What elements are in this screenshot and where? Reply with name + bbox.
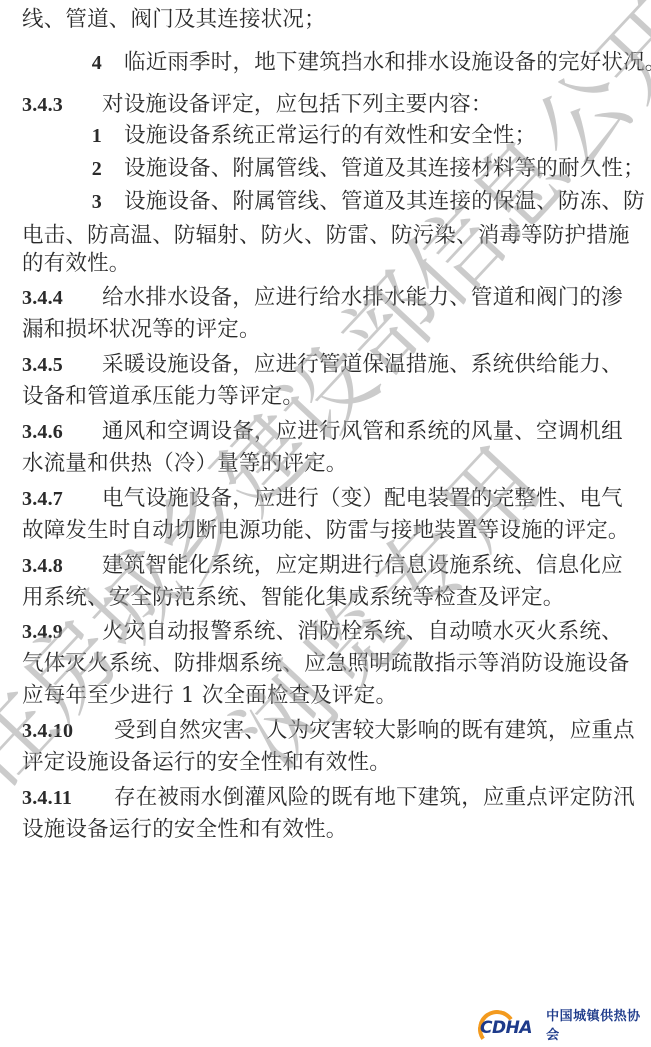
line-text: 评定设施设备运行的安全性和有效性。 — [22, 750, 391, 775]
line-text: 漏和损坏状况等的评定。 — [22, 317, 261, 342]
text-line: 电击、防高温、防辐射、防火、防雷、防污染、消毒等防护措施 — [22, 222, 630, 250]
clause-text: 受到自然灾害、人为灾害较大影响的既有建筑，应重点 — [114, 718, 635, 743]
clause-text: 火灾自动报警系统、消防栓系统、自动喷水灭火系统、 — [102, 619, 623, 644]
footer-logo: CDHA 中国城镇供热协会 — [478, 1005, 651, 1043]
clause-3-4-10: 3.4.10受到自然灾害、人为灾害较大影响的既有建筑，应重点 — [22, 717, 635, 745]
clause-3-4-9: 3.4.9火灾自动报警系统、消防栓系统、自动喷水灭火系统、 — [22, 618, 623, 646]
item-text: 临近雨季时，地下建筑挡水和排水设施设备的完好状况。 — [124, 50, 651, 75]
line-text: 的有效性。 — [22, 251, 131, 276]
clause-text: 电气设施设备，应进行（变）配电装置的完整性、电气 — [102, 486, 623, 511]
list-item: 2设施设备、附属管线、管道及其连接材料等的耐久性； — [22, 155, 645, 183]
text-line: 设施设备运行的安全性和有效性。 — [22, 816, 348, 844]
cdha-logo-icon: CDHA — [478, 1010, 538, 1038]
line-text: 用系统、安全防范系统、智能化集成系统等检查及评定。 — [22, 585, 565, 610]
line-text: 线、管道、阀门及其连接状况； — [22, 7, 326, 32]
text-line: 线、管道、阀门及其连接状况； — [22, 6, 326, 34]
text-line: 应每年至少进行 1 次全面检查及评定。 — [22, 682, 397, 710]
item-text: 设施设备系统正常运行的有效性和安全性； — [124, 123, 536, 148]
list-item: 4临近雨季时，地下建筑挡水和排水设施设备的完好状况。 — [22, 49, 651, 77]
clause-text: 对设施设备评定，应包括下列主要内容： — [102, 92, 493, 117]
clause-number: 3.4.4 — [22, 284, 102, 312]
clause-text: 给水排水设备，应进行给水排水能力、管道和阀门的渗 — [102, 285, 623, 310]
line-text: 故障发生时自动切断电源功能、防雷与接地装置等设施的评定。 — [22, 518, 630, 543]
clause-3-4-7: 3.4.7电气设施设备，应进行（变）配电装置的完整性、电气 — [22, 485, 623, 513]
list-item: 1设施设备系统正常运行的有效性和安全性； — [22, 122, 536, 150]
item-number: 3 — [60, 188, 102, 216]
line-text: 电击、防高温、防辐射、防火、防雷、防污染、消毒等防护措施 — [22, 223, 630, 248]
text-line: 水流量和供热（冷）量等的评定。 — [22, 450, 348, 478]
line-text: 设施设备运行的安全性和有效性。 — [22, 817, 348, 842]
clause-text: 存在被雨水倒灌风险的既有地下建筑，应重点评定防汛 — [114, 785, 635, 810]
text-line: 气体灭火系统、防排烟系统、应急照明疏散指示等消防设施设备 — [22, 650, 630, 678]
clause-3-4-4: 3.4.4给水排水设备，应进行给水排水能力、管道和阀门的渗 — [22, 284, 623, 312]
item-number: 1 — [60, 122, 102, 150]
line-text: 水流量和供热（冷）量等的评定。 — [22, 451, 348, 476]
clause-number: 3.4.7 — [22, 485, 102, 513]
list-item: 3设施设备、附属管线、管道及其连接的保温、防冻、防 — [22, 188, 645, 216]
clause-3-4-6: 3.4.6通风和空调设备，应进行风管和系统的风量、空调机组 — [22, 418, 623, 446]
clause-text: 建筑智能化系统，应定期进行信息设施系统、信息化应 — [102, 553, 623, 578]
line-text: 应每年至少进行 1 次全面检查及评定。 — [22, 683, 397, 708]
text-line: 故障发生时自动切断电源功能、防雷与接地装置等设施的评定。 — [22, 517, 630, 545]
clause-number: 3.4.5 — [22, 351, 102, 379]
org-name: 中国城镇供热协会 — [546, 1005, 651, 1043]
clause-number: 3.4.3 — [22, 91, 102, 119]
line-text: 气体灭火系统、防排烟系统、应急照明疏散指示等消防设施设备 — [22, 651, 630, 676]
clause-number: 3.4.8 — [22, 552, 102, 580]
text-line: 用系统、安全防范系统、智能化集成系统等检查及评定。 — [22, 584, 565, 612]
clause-number: 3.4.10 — [22, 717, 114, 745]
clause-3-4-11: 3.4.11存在被雨水倒灌风险的既有地下建筑，应重点评定防汛 — [22, 784, 635, 812]
clause-3-4-5: 3.4.5采暖设施设备，应进行管道保温措施、系统供给能力、 — [22, 351, 623, 379]
text-line: 漏和损坏状况等的评定。 — [22, 316, 261, 344]
clause-text: 通风和空调设备，应进行风管和系统的风量、空调机组 — [102, 419, 623, 444]
item-number: 2 — [60, 155, 102, 183]
text-line: 评定设施设备运行的安全性和有效性。 — [22, 749, 391, 777]
clause-text: 采暖设施设备，应进行管道保温措施、系统供给能力、 — [102, 352, 623, 377]
clause-3-4-8: 3.4.8建筑智能化系统，应定期进行信息设施系统、信息化应 — [22, 552, 623, 580]
clause-3-4-3: 3.4.3对设施设备评定，应包括下列主要内容： — [22, 91, 493, 119]
clause-number: 3.4.11 — [22, 784, 114, 812]
clause-number: 3.4.9 — [22, 618, 102, 646]
clause-number: 3.4.6 — [22, 418, 102, 446]
item-text: 设施设备、附属管线、管道及其连接的保温、防冻、防 — [124, 189, 645, 214]
text-line: 的有效性。 — [22, 250, 131, 278]
text-line: 设备和管道承压能力等评定。 — [22, 383, 304, 411]
logo-mark-text: CDHA — [480, 1018, 532, 1038]
item-text: 设施设备、附属管线、管道及其连接材料等的耐久性； — [124, 156, 645, 181]
item-number: 4 — [60, 49, 102, 77]
line-text: 设备和管道承压能力等评定。 — [22, 384, 304, 409]
